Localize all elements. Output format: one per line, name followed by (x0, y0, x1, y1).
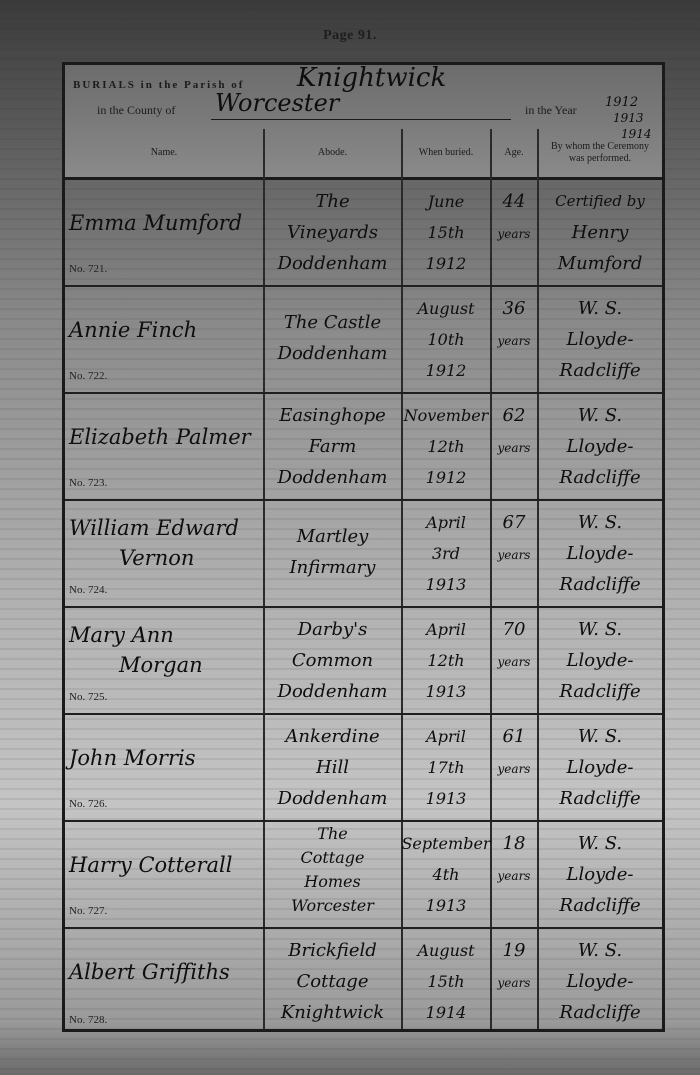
burial-entry-row: William EdwardVernonNo. 724.MartleyInfir… (65, 501, 662, 608)
entry-abode-line: Doddenham (278, 462, 388, 493)
entry-officiant-line: Lloyde- (567, 538, 634, 569)
entry-name: Harry Cotterall (69, 850, 232, 880)
entry-officiant-cell: W. S.Lloyde-Radcliffe (538, 822, 662, 927)
entry-name-line: William Edward (69, 513, 239, 543)
entry-officiant-line: Henry (572, 217, 629, 248)
entry-age: 67years (491, 507, 537, 572)
entry-officiant: W. S.Lloyde-Radcliffe (538, 614, 662, 707)
county-rule (211, 119, 511, 120)
entry-age-line: 36 (503, 293, 526, 324)
year-2: 1913 (613, 111, 644, 125)
entry-age-line: 70 (503, 614, 526, 645)
entry-age: 70years (491, 614, 537, 679)
entry-age-line: 62 (503, 400, 526, 431)
entry-officiant-line: Lloyde- (567, 859, 634, 890)
entry-age: 44years (491, 186, 537, 251)
entry-name-line: Emma Mumford (69, 208, 242, 238)
entry-abode-line: Cottage (301, 846, 365, 870)
entry-when-buried: April12th1913 (402, 614, 490, 707)
entry-age: 19years (491, 935, 537, 1000)
entry-abode-line: Ankerdine (285, 721, 379, 752)
entry-number: No. 725. (69, 691, 107, 703)
entry-when-buried-line: 17th (427, 752, 464, 783)
entry-abode-cell: TheVineyardsDoddenham (264, 180, 401, 285)
entry-when-buried-line: November (404, 400, 489, 431)
entry-age-cell: 61years (491, 715, 537, 820)
year-1: 1912 (605, 95, 638, 110)
entry-number: No. 727. (69, 905, 107, 917)
entry-abode-line: Farm (309, 431, 357, 462)
entry-when-buried: November12th1912 (402, 400, 490, 493)
entry-age-line: years (498, 431, 531, 465)
entry-officiant: W. S.Lloyde-Radcliffe (538, 507, 662, 600)
entry-abode-line: Easinghope (279, 400, 386, 431)
entry-age: 62years (491, 400, 537, 465)
entry-officiant-line: Lloyde- (567, 966, 634, 997)
entry-abode-line: Doddenham (278, 248, 388, 279)
entry-officiant-cell: W. S.Lloyde-Radcliffe (538, 608, 662, 713)
entry-name-line: John Morris (69, 743, 196, 773)
entry-name: Mary AnnMorgan (69, 620, 203, 680)
entry-number: No. 722. (69, 370, 107, 382)
entry-name-line: Albert Griffiths (69, 957, 230, 987)
entry-abode: TheVineyardsDoddenham (264, 186, 401, 279)
entry-officiant-line: Certified by (555, 186, 645, 217)
entry-when-buried-line: 4th (433, 859, 460, 890)
entry-when-buried-line: 1914 (426, 997, 467, 1028)
entry-when-buried-line: April (426, 507, 466, 538)
entry-abode-cell: EasinghopeFarmDoddenham (264, 394, 401, 499)
entry-when-buried-line: August (417, 293, 474, 324)
entry-officiant: Certified byHenryMumford (538, 186, 662, 279)
entry-when-buried-line: 1913 (426, 890, 467, 921)
entry-age: 18years (491, 828, 537, 893)
entry-officiant-line: W. S. (578, 721, 622, 752)
burial-entry-row: Harry CotterallNo. 727.TheCottageHomesWo… (65, 822, 662, 929)
entry-when-buried: April3rd1913 (402, 507, 490, 600)
entry-when-buried: June15th1912 (402, 186, 490, 279)
entry-officiant: W. S.Lloyde-Radcliffe (538, 293, 662, 386)
entry-officiant-cell: Certified byHenryMumford (538, 180, 662, 285)
entry-age-line: 61 (503, 721, 526, 752)
entry-abode-line: Martley (297, 521, 369, 552)
entry-abode-line: Hill (316, 752, 349, 783)
entry-officiant-line: Lloyde- (567, 752, 634, 783)
entry-abode-line: Common (292, 645, 373, 676)
entry-when-buried-cell: April17th1913 (402, 715, 490, 820)
entry-when-buried-line: 12th (427, 645, 464, 676)
entry-name-cell: Harry CotterallNo. 727. (65, 822, 263, 927)
entry-officiant-line: W. S. (578, 614, 622, 645)
burial-entries: Emma MumfordNo. 721.TheVineyardsDoddenha… (65, 180, 662, 1029)
entry-age-line: years (498, 217, 531, 251)
entry-when-buried-line: 15th (427, 217, 464, 248)
entry-age-cell: 36years (491, 287, 537, 392)
entry-number: No. 726. (69, 798, 107, 810)
entry-when-buried-cell: June15th1912 (402, 180, 490, 285)
entry-officiant-line: W. S. (578, 400, 622, 431)
entry-when-buried-cell: August15th1914 (402, 929, 490, 1036)
column-header-name: Name. (65, 129, 263, 177)
entry-age-line: years (498, 538, 531, 572)
entry-name-line: Annie Finch (69, 315, 197, 345)
entry-name: Elizabeth Palmer (69, 422, 251, 452)
entry-abode: MartleyInfirmary (264, 521, 401, 583)
entry-when-buried-cell: April12th1913 (402, 608, 490, 713)
column-header-abode: Abode. (264, 129, 401, 177)
entry-abode-line: Infirmary (290, 552, 376, 583)
entry-number: No. 721. (69, 263, 107, 275)
entry-age-line: years (498, 859, 531, 893)
entry-abode-line: The (315, 186, 349, 217)
entry-abode-cell: MartleyInfirmary (264, 501, 401, 606)
entry-officiant-line: W. S. (578, 935, 622, 966)
entry-officiant-line: Radcliffe (559, 569, 640, 600)
burial-entry-row: Mary AnnMorganNo. 725.Darby'sCommonDodde… (65, 608, 662, 715)
entry-age: 36years (491, 293, 537, 358)
entry-officiant-line: W. S. (578, 828, 622, 859)
heading-printed-county: in the County of (97, 103, 175, 118)
column-header-row: Name. Abode. When buried. Age. By whom t… (65, 129, 662, 180)
entry-when-buried-line: 1913 (426, 676, 467, 707)
entry-officiant: W. S.Lloyde-Radcliffe (538, 400, 662, 493)
entry-officiant-line: Lloyde- (567, 645, 634, 676)
entry-name: John Morris (69, 743, 196, 773)
entry-abode-line: Homes (304, 870, 360, 894)
entry-name-line: Morgan (69, 650, 203, 680)
entry-name-line: Elizabeth Palmer (69, 422, 251, 452)
entry-officiant-line: Radcliffe (559, 355, 640, 386)
entry-age-cell: 67years (491, 501, 537, 606)
entry-when-buried-cell: November12th1912 (402, 394, 490, 499)
burial-register-table: BURIALS in the Parish of Knightwick in t… (62, 62, 665, 1032)
entry-when-buried-line: 3rd (432, 538, 460, 569)
entry-abode-cell: Darby'sCommonDoddenham (264, 608, 401, 713)
entry-when-buried: September4th1913 (402, 828, 490, 921)
entry-officiant-cell: W. S.Lloyde-Radcliffe (538, 715, 662, 820)
entry-when-buried-line: April (426, 721, 466, 752)
entry-when-buried-line: 1913 (426, 783, 467, 814)
entry-when-buried-line: September (401, 828, 490, 859)
entry-name-cell: John MorrisNo. 726. (65, 715, 263, 820)
entry-age-line: 44 (503, 186, 526, 217)
entry-age-line: 67 (503, 507, 526, 538)
entry-abode-line: Worcester (291, 894, 374, 918)
entry-officiant-cell: W. S.Lloyde-Radcliffe (538, 501, 662, 606)
entry-abode-line: Doddenham (278, 783, 388, 814)
burial-entry-row: Elizabeth PalmerNo. 723.EasinghopeFarmDo… (65, 394, 662, 501)
entry-number: No. 724. (69, 584, 107, 596)
entry-when-buried-line: April (426, 614, 466, 645)
entry-age-cell: 44years (491, 180, 537, 285)
entry-officiant: W. S.Lloyde-Radcliffe (538, 721, 662, 814)
entry-when-buried-line: August (417, 935, 474, 966)
entry-name-cell: William EdwardVernonNo. 724. (65, 501, 263, 606)
entry-officiant-line: Mumford (558, 248, 643, 279)
entry-abode: EasinghopeFarmDoddenham (264, 400, 401, 493)
burial-entry-row: Emma MumfordNo. 721.TheVineyardsDoddenha… (65, 180, 662, 287)
entry-age-line: 18 (503, 828, 526, 859)
entry-abode: Darby'sCommonDoddenham (264, 614, 401, 707)
entry-abode-line: Knightwick (281, 997, 384, 1028)
entry-name-line: Vernon (69, 543, 239, 573)
entry-number: No. 723. (69, 477, 107, 489)
entry-when-buried-line: 10th (427, 324, 464, 355)
entry-abode-cell: BrickfieldCottageKnightwick (264, 929, 401, 1036)
entry-name-line: Harry Cotterall (69, 850, 232, 880)
entry-abode: BrickfieldCottageKnightwick (264, 935, 401, 1028)
entry-officiant: W. S.Lloyde-Radcliffe (538, 935, 662, 1028)
entry-number: No. 728. (69, 1014, 107, 1026)
entry-abode-line: Doddenham (278, 338, 388, 369)
entry-name: William EdwardVernon (69, 513, 239, 573)
burial-entry-row: Albert GriffithsNo. 728.BrickfieldCottag… (65, 929, 662, 1036)
entry-age-cell: 70years (491, 608, 537, 713)
entry-officiant-line: W. S. (578, 507, 622, 538)
entry-age-line: years (498, 752, 531, 786)
entry-age-line: years (498, 645, 531, 679)
entry-officiant-line: Lloyde- (567, 431, 634, 462)
entry-abode-line: Doddenham (278, 676, 388, 707)
entry-abode: AnkerdineHillDoddenham (264, 721, 401, 814)
entry-when-buried-line: 1912 (426, 248, 467, 279)
entry-abode-line: The (317, 822, 347, 846)
entry-when-buried: August15th1914 (402, 935, 490, 1028)
entry-abode: The CastleDoddenham (264, 307, 401, 369)
entry-officiant-line: Radcliffe (559, 676, 640, 707)
entry-age-cell: 62years (491, 394, 537, 499)
entry-officiant-line: Radcliffe (559, 890, 640, 921)
county-name: Worcester (215, 89, 339, 117)
burial-entry-row: Annie FinchNo. 722.The CastleDoddenhamAu… (65, 287, 662, 394)
entry-name-cell: Mary AnnMorganNo. 725. (65, 608, 263, 713)
entry-officiant-line: W. S. (578, 293, 622, 324)
entry-when-buried-line: June (428, 186, 465, 217)
entry-abode-line: Cottage (297, 966, 369, 997)
register-heading: BURIALS in the Parish of Knightwick in t… (65, 65, 662, 132)
entry-abode: TheCottageHomesWorcester (264, 822, 401, 918)
entry-abode-line: Darby's (298, 614, 368, 645)
entry-abode-line: Vineyards (287, 217, 378, 248)
entry-age-cell: 19years (491, 929, 537, 1036)
entry-name: Annie Finch (69, 315, 197, 345)
entry-name-cell: Albert GriffithsNo. 728. (65, 929, 263, 1036)
entry-when-buried-line: 12th (427, 431, 464, 462)
entry-name: Emma Mumford (69, 208, 242, 238)
burial-entry-row: John MorrisNo. 726.AnkerdineHillDoddenha… (65, 715, 662, 822)
entry-abode-line: The Castle (284, 307, 381, 338)
entry-age-line: years (498, 966, 531, 1000)
column-header-age: Age. (491, 129, 537, 177)
entry-when-buried-cell: August10th1912 (402, 287, 490, 392)
entry-age-line: years (498, 324, 531, 358)
entry-age-line: 19 (503, 935, 526, 966)
entry-officiant-line: Radcliffe (559, 783, 640, 814)
entry-abode-cell: AnkerdineHillDoddenham (264, 715, 401, 820)
page-number: Page 91. (0, 28, 700, 44)
entry-officiant-cell: W. S.Lloyde-Radcliffe (538, 929, 662, 1036)
entry-when-buried-line: 1912 (426, 462, 467, 493)
entry-officiant-line: Radcliffe (559, 462, 640, 493)
entry-abode-cell: The CastleDoddenham (264, 287, 401, 392)
column-header-when-buried: When buried. (402, 129, 490, 177)
entry-when-buried: August10th1912 (402, 293, 490, 386)
entry-name-cell: Elizabeth PalmerNo. 723. (65, 394, 263, 499)
entry-officiant-line: Lloyde- (567, 324, 634, 355)
entry-when-buried-cell: September4th1913 (402, 822, 490, 927)
entry-when-buried-line: 1912 (426, 355, 467, 386)
entry-when-buried: April17th1913 (402, 721, 490, 814)
entry-age: 61years (491, 721, 537, 786)
heading-printed-year: in the Year (525, 103, 577, 118)
entry-abode-line: Brickfield (288, 935, 377, 966)
entry-abode-cell: TheCottageHomesWorcester (264, 822, 401, 927)
entry-age-cell: 18years (491, 822, 537, 927)
entry-officiant-line: Radcliffe (559, 997, 640, 1028)
entry-name-cell: Emma MumfordNo. 721. (65, 180, 263, 285)
year-3: 1914 (621, 127, 652, 141)
entry-when-buried-cell: April3rd1913 (402, 501, 490, 606)
entry-when-buried-line: 1913 (426, 569, 467, 600)
entry-officiant: W. S.Lloyde-Radcliffe (538, 828, 662, 921)
entry-name-line: Mary Ann (69, 620, 203, 650)
entry-officiant-cell: W. S.Lloyde-Radcliffe (538, 394, 662, 499)
entry-when-buried-line: 15th (427, 966, 464, 997)
entry-officiant-cell: W. S.Lloyde-Radcliffe (538, 287, 662, 392)
entry-name-cell: Annie FinchNo. 722. (65, 287, 263, 392)
entry-name: Albert Griffiths (69, 957, 230, 987)
